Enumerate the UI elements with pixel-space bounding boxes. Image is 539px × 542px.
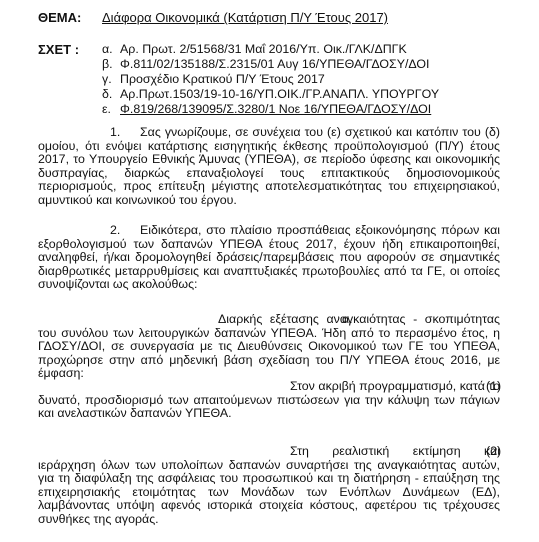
reference-letter: β. bbox=[102, 57, 113, 71]
reference-letter: α. bbox=[102, 42, 113, 56]
reference-text: Αρ.Πρωτ.1503/19-10-16/ΥΠ.ΟΙΚ./ΓΡ.ΑΝΑΠΛ. … bbox=[120, 87, 439, 101]
paragraph-1: 1.Σας γνωρίζουμε, σε συνέχεια του (ε) σχ… bbox=[38, 126, 500, 208]
subparagraph-a: α.Διαρκής εξέτασης αναγκαιότητας - σκοπι… bbox=[38, 313, 500, 381]
paragraph-number: 1. bbox=[110, 126, 140, 140]
subject-label: ΘΕΜΑ: bbox=[38, 10, 81, 25]
reference-text: Φ.819/268/139095/Σ.3280/1 Νοε 16/ΥΠΕΘΑ/Γ… bbox=[120, 102, 431, 116]
reference-text: Προσχέδιο Κρατικού Π/Υ Έτους 2017 bbox=[120, 72, 325, 86]
reference-item: ε. Φ.819/268/139095/Σ.3280/1 Νοε 16/ΥΠΕΘ… bbox=[0, 102, 539, 116]
reference-item: γ. Προσχέδιο Κρατικού Π/Υ Έτους 2017 bbox=[0, 72, 539, 86]
reference-text: Αρ. Πρωτ. 2/51568/31 Μαΐ 2016/Υπ. Οικ./Γ… bbox=[120, 42, 407, 56]
reference-item: β. Φ.811/02/135188/Σ.2315/01 Αυγ 16/ΥΠΕΘ… bbox=[0, 57, 539, 71]
subparagraph-item-2: (2)Στη ρεαλιστική εκτίμηση και ιεράρχηση… bbox=[38, 445, 500, 527]
subparagraph-text: Διαρκής εξέτασης αναγκαιότητας - σκοπιμό… bbox=[38, 312, 500, 380]
paragraph-2: 2.Ειδικότερα, στο πλαίσιο προσπάθειας εξ… bbox=[38, 224, 500, 292]
subject-text: Διάφορα Οικονομικά (Κατάρτιση Π/Υ Έτους … bbox=[102, 10, 388, 25]
reference-letter: γ. bbox=[102, 72, 112, 86]
paragraph-text: Ειδικότερα, στο πλαίσιο προσπάθειας εξοι… bbox=[38, 223, 500, 291]
subparagraph-letter: α. bbox=[190, 313, 218, 327]
reference-letter: δ. bbox=[102, 87, 112, 101]
reference-item: δ. Αρ.Πρωτ.1503/19-10-16/ΥΠ.ΟΙΚ./ΓΡ.ΑΝΑΠ… bbox=[0, 87, 539, 101]
subparagraph-item-1: (1)Στον ακριβή προγραμματισμό, κατά το δ… bbox=[38, 380, 500, 421]
item-number: (2) bbox=[262, 445, 290, 459]
item-number: (1) bbox=[262, 380, 290, 394]
paragraph-text: Σας γνωρίζουμε, σε συνέχεια του (ε) σχετ… bbox=[38, 125, 500, 207]
reference-letter: ε. bbox=[102, 102, 111, 116]
reference-text: Φ.811/02/135188/Σ.2315/01 Αυγ 16/ΥΠΕΘΑ/Γ… bbox=[120, 57, 430, 71]
paragraph-number: 2. bbox=[110, 224, 140, 238]
reference-item: α. Αρ. Πρωτ. 2/51568/31 Μαΐ 2016/Υπ. Οικ… bbox=[0, 42, 539, 56]
